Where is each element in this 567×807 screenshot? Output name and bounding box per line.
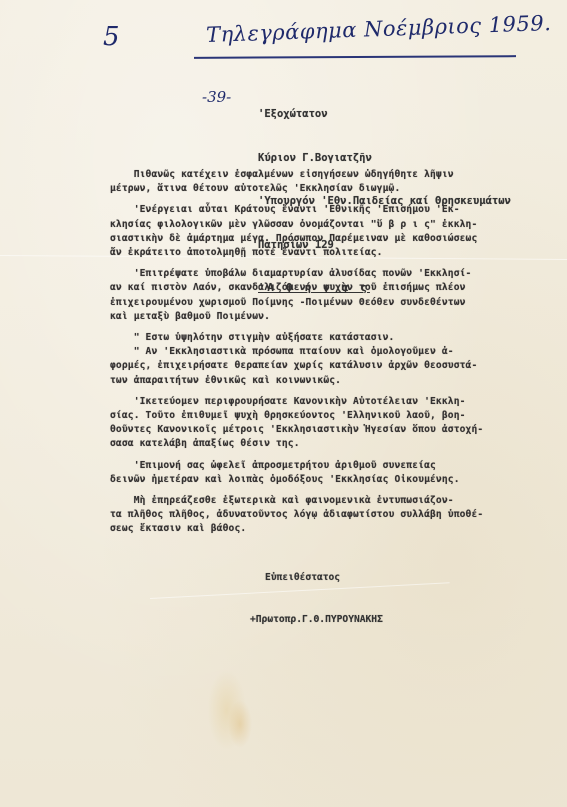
date-underline [194, 55, 516, 58]
paragraph: 'Επιμονή σας ὠφελεῖ ἀπροσμετρήτου ἀριθμο… [110, 459, 520, 487]
closing-block: Εὐπειθέστατος +Πρωτοπρ.Γ.Θ.ΠΥΡΟΥΝΑΚΗΣ [265, 543, 383, 655]
signature: +Πρωτοπρ.Γ.Θ.ΠΥΡΟΥΝΑΚΗΣ [250, 613, 383, 627]
reference-number: -39- [202, 88, 231, 106]
paragraph: 'Ενέργειαι αὗται Κράτους ἔναντι 'Εθνικῆς… [110, 203, 520, 260]
paragraph: Πιθανῶς κατέχειν ἐσφαλμένων εἰσηγήσεων ὡ… [110, 168, 520, 196]
letter-body: Πιθανῶς κατέχειν ἐσφαλμένων εἰσηγήσεων ὡ… [110, 168, 520, 544]
salutation: Εὐπειθέστατος [265, 571, 383, 585]
handwritten-date: Τηλεγράφημα Νοέμβριος 1959. [206, 11, 552, 47]
paper-stain [228, 700, 252, 748]
addressee-line: Κύριον Γ.Βογιατζῆν [258, 151, 511, 166]
paragraph: Μὴ ἐπηρεάζεσθε ἐξωτερικὰ καὶ φαινομενικὰ… [110, 494, 520, 537]
handwritten-page-number: 5 [103, 22, 120, 52]
paragraph: " Εστω ὑψηλότην στιγμὴν αὐξήσατε κατάστα… [110, 331, 520, 345]
document-page: 5 Τηλεγράφημα Νοέμβριος 1959. -39- 'Εξοχ… [0, 0, 567, 807]
paragraph: 'Επιτρέψατε ὑποβάλω διαμαρτυρίαν ἀλυσίδα… [110, 267, 520, 324]
paragraph: " Αν 'Εκκλησιαστικὰ πρόσωπα πταίουν καὶ … [110, 345, 520, 388]
paragraph: 'Ικετεύομεν περιφρουρήσατε Κανονικὴν Αὐτ… [110, 395, 520, 452]
addressee-line: 'Εξοχώτατον [258, 107, 511, 122]
